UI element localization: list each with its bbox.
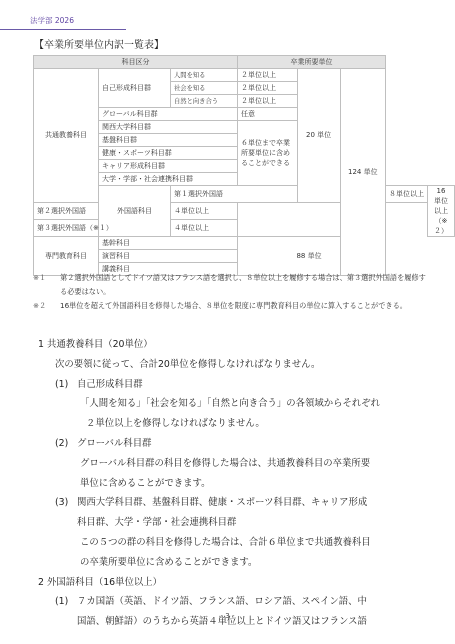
header-divider bbox=[0, 29, 126, 30]
page-number: - 3 - bbox=[0, 612, 455, 620]
course-group-name: 関西大学科目群 bbox=[98, 121, 237, 134]
footnotes: ※１ 第２選択外国語としてドイツ語又はフランス語を選択し、８単位以上を履修する場… bbox=[33, 271, 432, 313]
section-heading-2: 2 外国語科目（16単位以上） bbox=[38, 573, 380, 593]
general-education-label: 共通教養科目 bbox=[34, 69, 99, 203]
self-formation-label: 自己形成科目群 bbox=[98, 69, 170, 108]
course-group-name: 基盤科目群 bbox=[98, 134, 237, 147]
course-group-name: グローバル科目群 bbox=[98, 108, 237, 121]
area-units: ２単位以上 bbox=[237, 95, 297, 108]
area-name: 社会を知る bbox=[170, 82, 237, 95]
area-name: 自然と向き合う bbox=[170, 95, 237, 108]
table-header-row: 科目区分 卒業所要単位 bbox=[34, 56, 455, 69]
footnote-text: 16単位を超えて外国語科目を修得した場合、８単位を限度に専門教育科目の単位に算入… bbox=[60, 299, 432, 313]
specialized-course-name: 演習科目 bbox=[98, 250, 237, 263]
subsection-2-1: (1) ７カ国語（英語、ドイツ語、フランス語、ロシア語、スペイン語、中 bbox=[38, 592, 380, 612]
language-units: ４単位以上 bbox=[170, 220, 237, 237]
footnote-1: ※１ 第２選択外国語としてドイツ語又はフランス語を選択し、８単位以上を履修する場… bbox=[33, 271, 432, 299]
area-units: ２単位以上 bbox=[237, 82, 297, 95]
subsection-number: (3) bbox=[55, 493, 77, 513]
table-row: 専門教育科目 基幹科目 88 単位 bbox=[34, 237, 455, 250]
requirements-explanation: 1 共通教養科目（20単位） 次の要領に従って、合計20単位を修得しなければなり… bbox=[38, 335, 380, 632]
specialized-subtotal: 88 単位 bbox=[237, 237, 340, 276]
paragraph-line: ２単位以上を修得しなければなりません。 bbox=[38, 414, 380, 434]
footnote-text: 第２選択外国語としてドイツ語又はフランス語を選択し、８単位以上を履修する場合は、… bbox=[60, 271, 432, 299]
subsection-title-cont: 科目群、大学・学部・社会連携科目群 bbox=[38, 513, 380, 533]
footnote-mark: ※１ bbox=[33, 271, 60, 299]
course-group-name: 大学・学部・社会連携科目群 bbox=[98, 173, 237, 186]
specialized-education-label: 専門教育科目 bbox=[34, 237, 99, 276]
header-category: 科目区分 bbox=[34, 56, 238, 69]
language-units: ４単位以上 bbox=[170, 203, 237, 220]
subsection-1-3: (3) 関西大学科目群、基盤科目群、健康・スポーツ科目群、キャリア形成 bbox=[38, 493, 380, 513]
subsection-1-1: (1) 自己形成科目群 bbox=[38, 375, 380, 395]
language-name: 第１選択外国語 bbox=[170, 186, 297, 203]
foreign-subtotal: 16 単位以上（※２） bbox=[428, 186, 455, 237]
footnote-mark: ※２ bbox=[33, 299, 60, 313]
table-row: 第３選択外国語（※１） ４単位以上 bbox=[34, 220, 455, 237]
table-row: 共通教養科目 自己形成科目群 人間を知る ２単位以上 20 単位 124 単位 bbox=[34, 69, 455, 82]
language-units: ８単位以上 bbox=[386, 186, 428, 203]
area-units: ２単位以上 bbox=[237, 69, 297, 82]
paragraph-line: 単位に含めることができます。 bbox=[38, 474, 380, 494]
general-subtotal: 20 単位 bbox=[297, 69, 340, 203]
paragraph-line: グローバル科目群の科目を修得した場合は、共通教養科目の卒業所要 bbox=[38, 454, 380, 474]
table-row: 第２選択外国語 ４単位以上 bbox=[34, 203, 455, 220]
paragraph-line: この５つの群の科目を修得した場合は、合計６単位まで共通教養科目 bbox=[38, 533, 380, 553]
subsection-title: グローバル科目群 bbox=[77, 434, 152, 454]
specialized-course-name: 基幹科目 bbox=[98, 237, 237, 250]
course-group-name: 健康・スポーツ科目群 bbox=[98, 147, 237, 160]
footnote-2: ※２ 16単位を超えて外国語科目を修得した場合、８単位を限度に専門教育科目の単位… bbox=[33, 299, 432, 313]
subsection-title: 関西大学科目群、基盤科目群、健康・スポーツ科目群、キャリア形成 bbox=[77, 493, 367, 513]
paragraph-line: の卒業所要単位に含めることができます。 bbox=[38, 553, 380, 573]
subsection-number: (1) bbox=[55, 375, 77, 395]
grand-total: 124 単位 bbox=[340, 69, 385, 276]
subsection-1-2: (2) グローバル科目群 bbox=[38, 434, 380, 454]
combined-group-units: ６単位まで卒業所要単位に含めることができる bbox=[237, 121, 297, 186]
section-1-intro: 次の要領に従って、合計20単位を修得しなければなりません。 bbox=[38, 355, 380, 375]
paragraph-line: ７カ国語（英語、ドイツ語、フランス語、ロシア語、スペイン語、中 bbox=[77, 592, 367, 612]
page-title: 【卒業所要単位内訳一覧表】 bbox=[34, 36, 164, 51]
subsection-number: (1) bbox=[55, 592, 77, 612]
area-name: 人間を知る bbox=[170, 69, 237, 82]
course-group-name: キャリア形成科目群 bbox=[98, 160, 237, 173]
course-group-units: 任意 bbox=[237, 108, 297, 121]
paragraph-line: 「人間を知る」「社会を知る」「自然と向き合う」の各領域からそれぞれ bbox=[38, 394, 380, 414]
department-year-tag: 法学部 2026 bbox=[30, 15, 74, 26]
subsection-number: (2) bbox=[55, 434, 77, 454]
language-name: 第３選択外国語（※１） bbox=[34, 220, 171, 237]
header-required-units: 卒業所要単位 bbox=[237, 56, 385, 69]
subsection-title: 自己形成科目群 bbox=[77, 375, 143, 395]
graduation-requirements-table: 科目区分 卒業所要単位 共通教養科目 自己形成科目群 人間を知る ２単位以上 2… bbox=[33, 55, 455, 276]
section-heading-1: 1 共通教養科目（20単位） bbox=[38, 335, 380, 355]
